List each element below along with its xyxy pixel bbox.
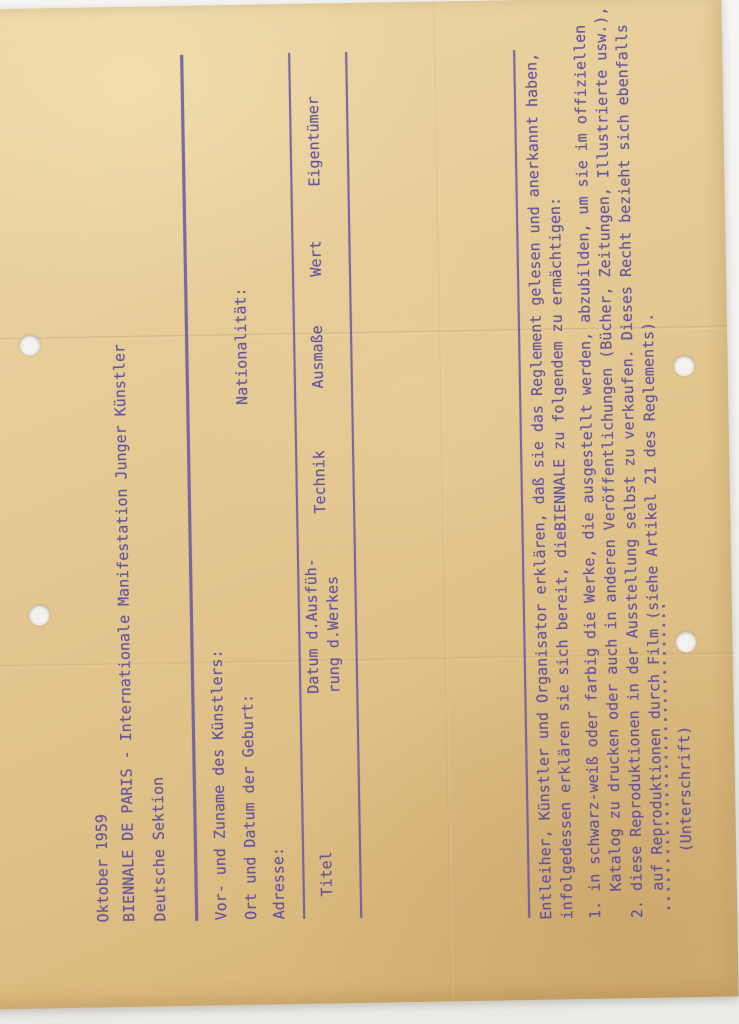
column-label-technik: Technik: [309, 450, 330, 514]
document-section: Deutsche Sektion: [148, 777, 171, 922]
column-label-datum-line2: rung d.Werkes: [322, 576, 344, 694]
form-label-birth: Ort und Datum der Geburt:: [237, 694, 261, 920]
horizontal-rule-header: [180, 55, 198, 921]
form-label-nationality: Nationalität:: [230, 287, 252, 405]
form-label-address: Adresse:: [268, 847, 289, 920]
column-label-eigentuemer: Eigentümer: [303, 96, 325, 187]
column-label-datum-line1: Datum d.Ausfüh-: [301, 558, 323, 694]
form-label-artist-name: Vor- und Zuname des Künstlers:: [207, 649, 232, 920]
paper-sheet: Oktober 1959 BIENNALE DE PARIS - Interna…: [0, 0, 739, 1010]
signature-dotted-line: .................................: [650, 601, 675, 913]
signature-label: (Unterschrift): [674, 726, 696, 853]
column-label-ausmasse: Ausmaße: [307, 325, 328, 389]
document-date: Oktober 1959: [91, 814, 113, 923]
column-label-wert: Wert: [305, 240, 326, 276]
document-content: Oktober 1959 BIENNALE DE PARIS - Interna…: [0, 0, 739, 1024]
table-header-bottom-rule: [345, 52, 362, 918]
scan-background: Oktober 1959 BIENNALE DE PARIS - Interna…: [0, 0, 739, 1024]
column-label-titel: Titel: [316, 851, 337, 896]
document-title: BIENNALE DE PARIS - Internationale Manif…: [109, 344, 139, 922]
table-top-rule: [288, 53, 305, 919]
